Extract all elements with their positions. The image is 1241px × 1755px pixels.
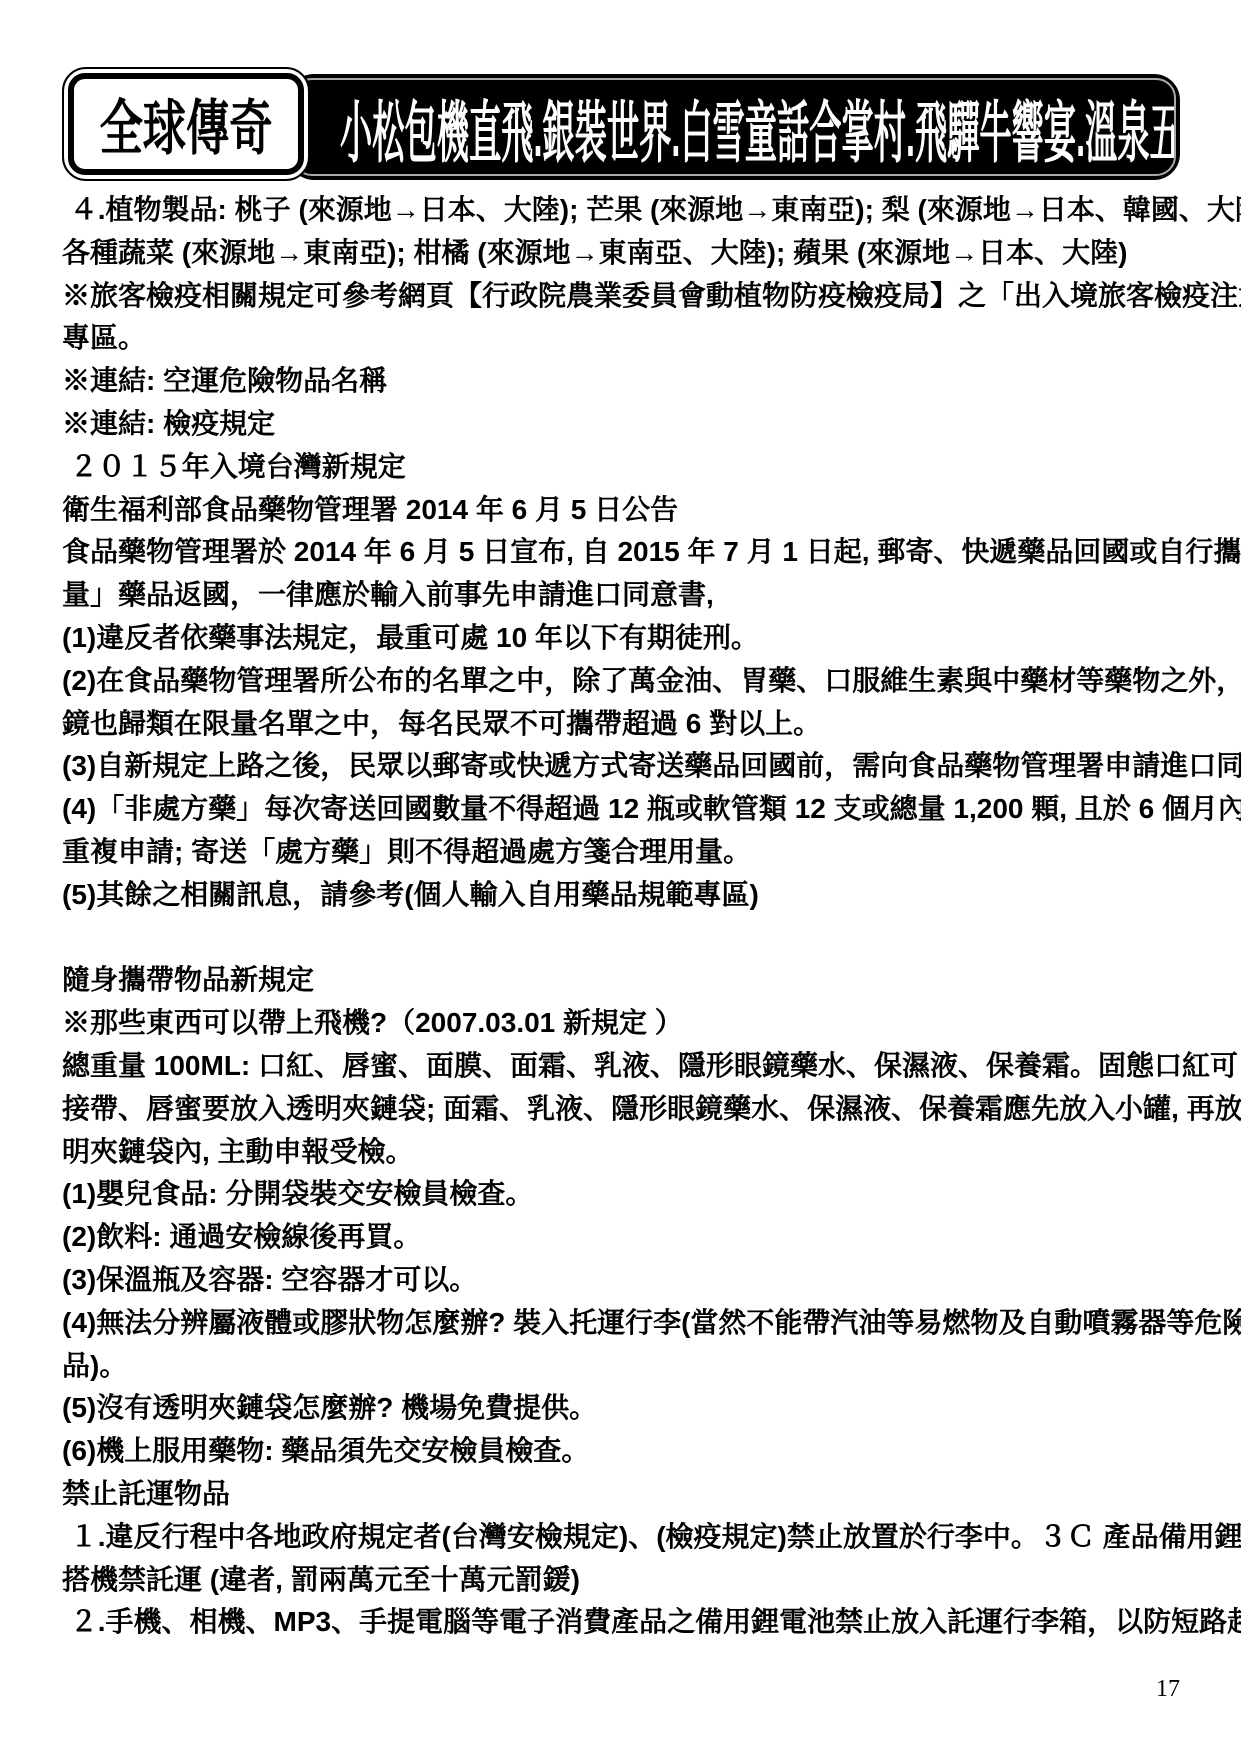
- text-line: １.違反行程中各地政府規定者(台灣安檢規定)、(檢疫規定)禁止放置於行李中。３Ｃ…: [62, 1516, 1184, 1559]
- body-text-block: ４.植物製品: 桃子 (來源地→日本、大陸); 芒果 (來源地→東南亞); 梨 …: [62, 189, 1184, 1644]
- text-line: (5)沒有透明夾鏈袋怎麼辦? 機場免費提供。: [62, 1387, 1184, 1430]
- text-line: 食品藥物管理署於 2014 年 6 月 5 日宣布, 自 2015 年 7 月 …: [62, 531, 1184, 574]
- text-line: (4)「非處方藥」每次寄送回國數量不得超過 12 瓶或軟管類 12 支或總量 1…: [62, 788, 1184, 831]
- text-line: 接帶、唇蜜要放入透明夾鏈袋; 面霜、乳液、隱形眼鏡藥水、保濕液、保養霜應先放入小…: [62, 1088, 1184, 1131]
- text-line: (5)其餘之相關訊息，請參考(個人輸入自用藥品規範專區): [62, 874, 1184, 917]
- text-line: (2)飲料: 通過安檢線後再買。: [62, 1216, 1184, 1259]
- text-line: 量」藥品返國，一律應於輸入前事先申請進口同意書,: [62, 574, 1184, 617]
- text-line: 各種蔬菜 (來源地→東南亞); 柑橘 (來源地→東南亞、大陸); 蘋果 (來源地…: [62, 232, 1184, 275]
- text-line-link: ※連結: 空運危險物品名稱: [62, 360, 1184, 403]
- section-heading: 隨身攜帶物品新規定: [62, 959, 1184, 1002]
- text-line: (1)嬰兒食品: 分開袋裝交安檢員檢查。: [62, 1173, 1184, 1216]
- page-number: 17: [1156, 1676, 1180, 1703]
- brand-logo-inner-frame: 全球傳奇: [68, 73, 304, 175]
- banner-inner-frame: 小松包機直飛.銀裝世界.白雪童話合掌村.飛驒牛響宴.溫泉五日: [292, 78, 1176, 176]
- text-line: 總重量 100ML: 口紅、唇蜜、面膜、面霜、乳液、隱形眼鏡藥水、保濕液、保養霜…: [62, 1045, 1184, 1088]
- brand-logo-text: 全球傳奇: [100, 81, 273, 167]
- text-line: ※旅客檢疫相關規定可參考網頁【行政院農業委員會動植物防疫檢疫局】之「出入境旅客檢…: [62, 275, 1184, 318]
- text-line: ※那些東西可以帶上飛機?（2007.03.01 新規定 ）: [62, 1002, 1184, 1045]
- text-line: 鏡也歸類在限量名單之中，每名民眾不可攜帶超過 6 對以上。: [62, 703, 1184, 746]
- text-line: (4)無法分辨屬液體或膠狀物怎麼辦? 裝入托運行李(當然不能帶汽油等易燃物及自動…: [62, 1302, 1184, 1345]
- text-line: (6)機上服用藥物: 藥品須先交安檢員檢查。: [62, 1430, 1184, 1473]
- text-line: 重複申請; 寄送「處方藥」則不得超過處方箋合理用量。: [62, 831, 1184, 874]
- text-line: 明夾鏈袋內, 主動申報受檢。: [62, 1131, 1184, 1174]
- text-line: (2)在食品藥物管理署所公布的名單之中，除了萬金油、胃藥、口服維生素與中藥材等藥…: [62, 660, 1184, 703]
- text-line: (3)保溫瓶及容器: 空容器才可以。: [62, 1259, 1184, 1302]
- text-line: ２.手機、相機、MP3、手提電腦等電子消費產品之備用鋰電池禁止放入託運行李箱，以…: [62, 1601, 1184, 1644]
- brand-logo-box: 全球傳奇: [62, 67, 310, 181]
- text-line-link: ※連結: 檢疫規定: [62, 403, 1184, 446]
- text-line: 專區。: [62, 317, 1184, 360]
- section-heading: 禁止託運物品: [62, 1473, 1184, 1516]
- text-line: ４.植物製品: 桃子 (來源地→日本、大陸); 芒果 (來源地→東南亞); 梨 …: [62, 189, 1184, 232]
- tour-title-text: 小松包機直飛.銀裝世界.白雪童話合掌村.飛驒牛響宴.溫泉五日: [340, 79, 1176, 175]
- text-line: (1)違反者依藥事法規定，最重可處 10 年以下有期徒刑。: [62, 617, 1184, 660]
- text-line: 衛生福利部食品藥物管理署 2014 年 6 月 5 日公告: [62, 489, 1184, 532]
- text-line: 搭機禁託運 (違者, 罰兩萬元至十萬元罰鍰): [62, 1559, 1184, 1602]
- text-line: (3)自新規定上路之後，民眾以郵寄或快遞方式寄送藥品回國前，需向食品藥物管理署申…: [62, 745, 1184, 788]
- document-page: 小松包機直飛.銀裝世界.白雪童話合掌村.飛驒牛響宴.溫泉五日 全球傳奇 ４.植物…: [0, 0, 1241, 1755]
- tour-title-banner: 小松包機直飛.銀裝世界.白雪童話合掌村.飛驒牛響宴.溫泉五日: [288, 74, 1180, 180]
- section-heading: ２０１５年入境台灣新規定: [62, 446, 1184, 489]
- blank-line: [62, 917, 1184, 960]
- text-line: 品)。: [62, 1345, 1184, 1388]
